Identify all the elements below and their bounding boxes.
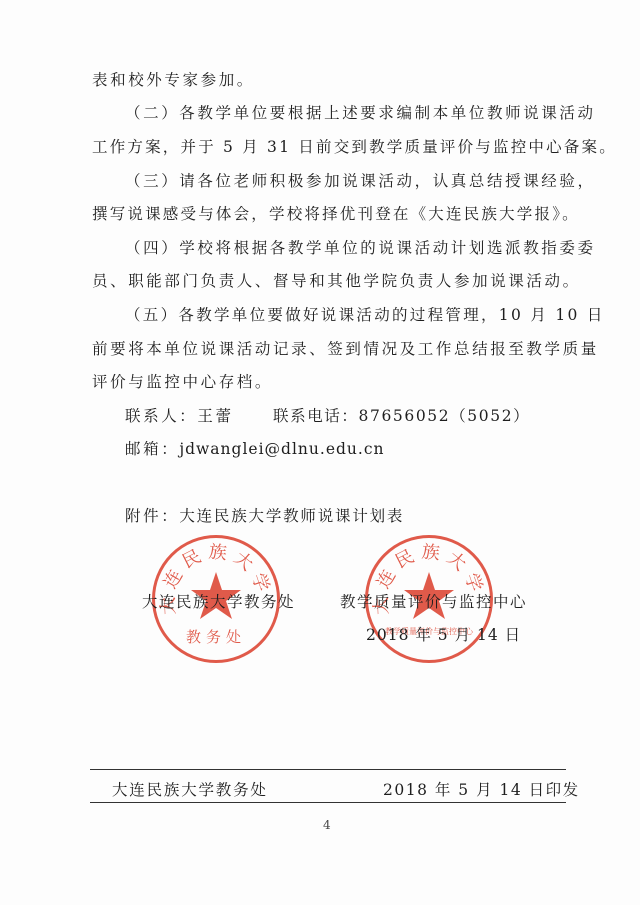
footer-issued-date: 2018 年 5 月 14 日印发 — [383, 778, 580, 800]
signature-left-org: 大连民族大学教务处 — [142, 590, 295, 612]
paragraph-line: （五）各教学单位要做好说课活动的过程管理，10 月 10 日 — [125, 305, 605, 325]
paragraph-line: （四）学校将根据各教学单位的说课活动计划选派教指委委 — [125, 238, 596, 258]
contact-person-label: 联系人： — [125, 407, 197, 425]
signature-right-org: 教学质量评价与监控中心 — [340, 590, 527, 612]
contact-person: 联系人：王蕾 — [125, 406, 234, 426]
attachment-title: 大连民族大学教师说课计划表 — [179, 507, 404, 525]
page-number: 4 — [323, 818, 331, 832]
contact-email: 邮箱：jdwanglei@dlnu.edu.cn — [125, 439, 384, 459]
contact-person-name: 王蕾 — [197, 407, 233, 425]
paragraph-line: 评价与监控中心存档。 — [92, 372, 273, 392]
footer-bottom-rule — [90, 802, 566, 803]
paragraph-line: 工作方案，并于 5 月 31 日前交到教学质量评价与监控中心备案。 — [92, 137, 617, 157]
paragraph-line: （三）请各位老师积极参加说课活动，认真总结授课经验， — [125, 171, 596, 191]
footer-top-rule — [90, 769, 566, 770]
signature-date: 2018 年 5 月 14 日 — [366, 623, 521, 645]
attachment: 附件：大连民族大学教师说课计划表 — [125, 506, 404, 526]
paragraph-line: （二）各教学单位要根据上述要求编制本单位教师说课活动 — [125, 103, 596, 123]
contact-phone: 联系电话：87656052（5052） — [273, 406, 530, 426]
paragraph-line: 表和校外专家参加。 — [92, 70, 255, 90]
contact-email-label: 邮箱： — [125, 440, 179, 458]
contact-email-value: jdwanglei@dlnu.edu.cn — [179, 440, 384, 458]
footer-issuer: 大连民族大学教务处 — [112, 778, 268, 800]
paragraph-line: 撰写说课感受与体会，学校将择优刊登在《大连民族大学报》。 — [92, 204, 580, 224]
paragraph-line: 前要将本单位说课活动记录、签到情况及工作总结报至教学质量 — [92, 339, 599, 359]
attachment-label: 附件： — [125, 507, 179, 525]
svg-text:教务处: 教务处 — [186, 628, 246, 646]
paragraph-line: 员、职能部门负责人、督导和其他学院负责人参加说课活动。 — [92, 271, 581, 291]
contact-phone-value: 87656052（5052） — [359, 407, 531, 425]
contact-phone-label: 联系电话： — [273, 407, 359, 425]
